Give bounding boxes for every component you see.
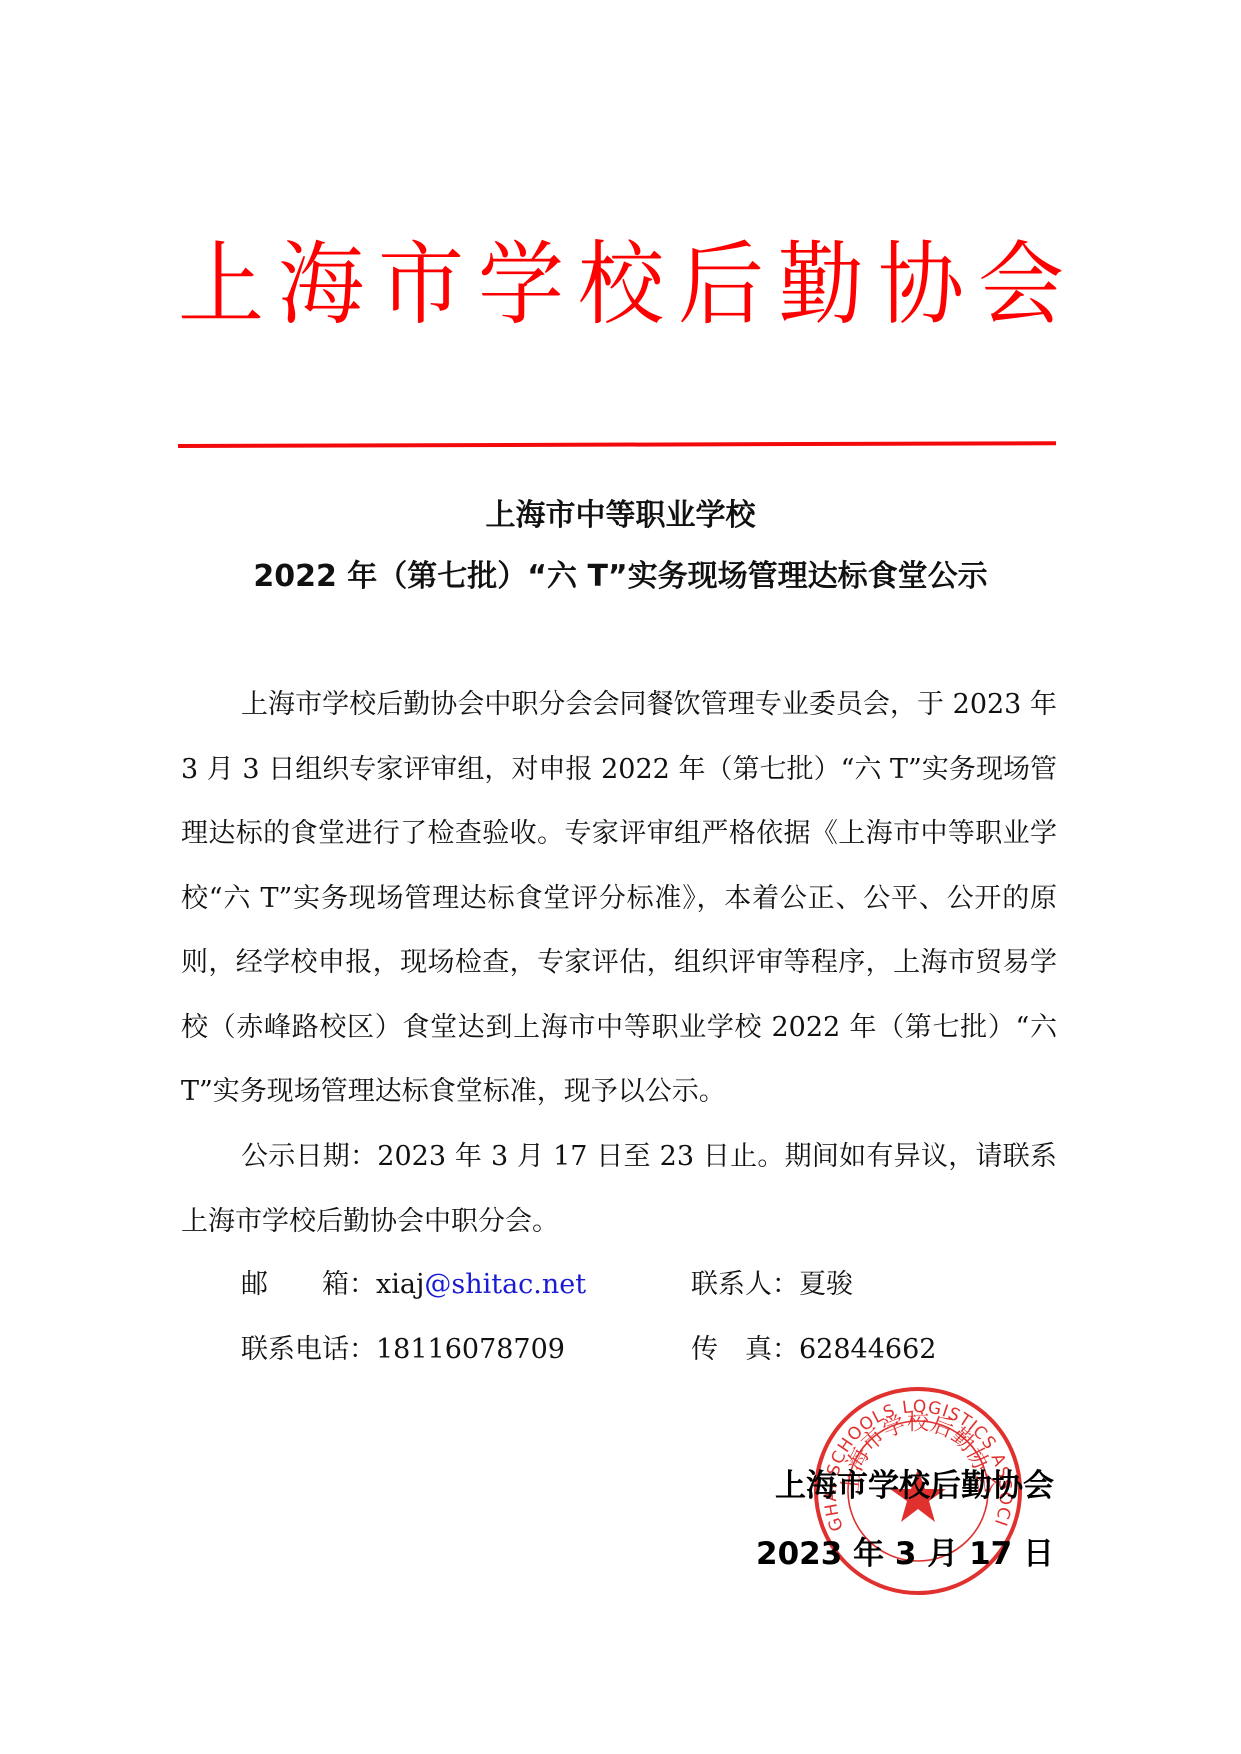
email-user: xiaj [376,1269,424,1300]
signature-organization: 上海市学校后勤协会 [775,1460,1054,1505]
email-label: 邮 箱： [241,1269,376,1300]
contact-row-phone: 联系电话：18116078709 传 真：62844662 [241,1330,565,1370]
phone-label: 联系电话： [241,1334,376,1365]
document-page: 上海市学校后勤协会 上海市中等职业学校 2022 年（第七批）“六 T”实务现场… [0,0,1241,1754]
letterhead-divider [178,441,1056,448]
phone-number: 18116078709 [376,1334,565,1365]
body-paragraph-2: 公示日期：2023 年 3 月 17 日至 23 日止。期间如有异议，请联系上海… [181,1125,1057,1254]
signature-date: 2023 年 3 月 17 日 [756,1528,1054,1573]
email-link[interactable]: @shitac.net [424,1269,586,1300]
contact-person: 联系人：夏骏 [691,1265,853,1305]
body-paragraph-1: 上海市学校后勤协会中职分会会同餐饮管理专业委员会，于 2023 年 3 月 3 … [181,673,1057,1125]
notice-title-line-1: 上海市中等职业学校 [0,490,1241,534]
notice-title-line-2: 2022 年（第七批）“六 T”实务现场管理达标食堂公示 [0,551,1241,595]
fax-number: 62844662 [799,1334,936,1365]
letterhead-title: 上海市学校后勤协会 [178,227,1058,343]
contact-row-email: 邮 箱：xiaj@shitac.net 联系人：夏骏 [241,1265,586,1305]
contact-person-name: 夏骏 [799,1269,853,1300]
contact-person-label: 联系人： [691,1269,799,1300]
fax-label: 传 真： [691,1334,799,1365]
fax: 传 真：62844662 [691,1330,936,1370]
